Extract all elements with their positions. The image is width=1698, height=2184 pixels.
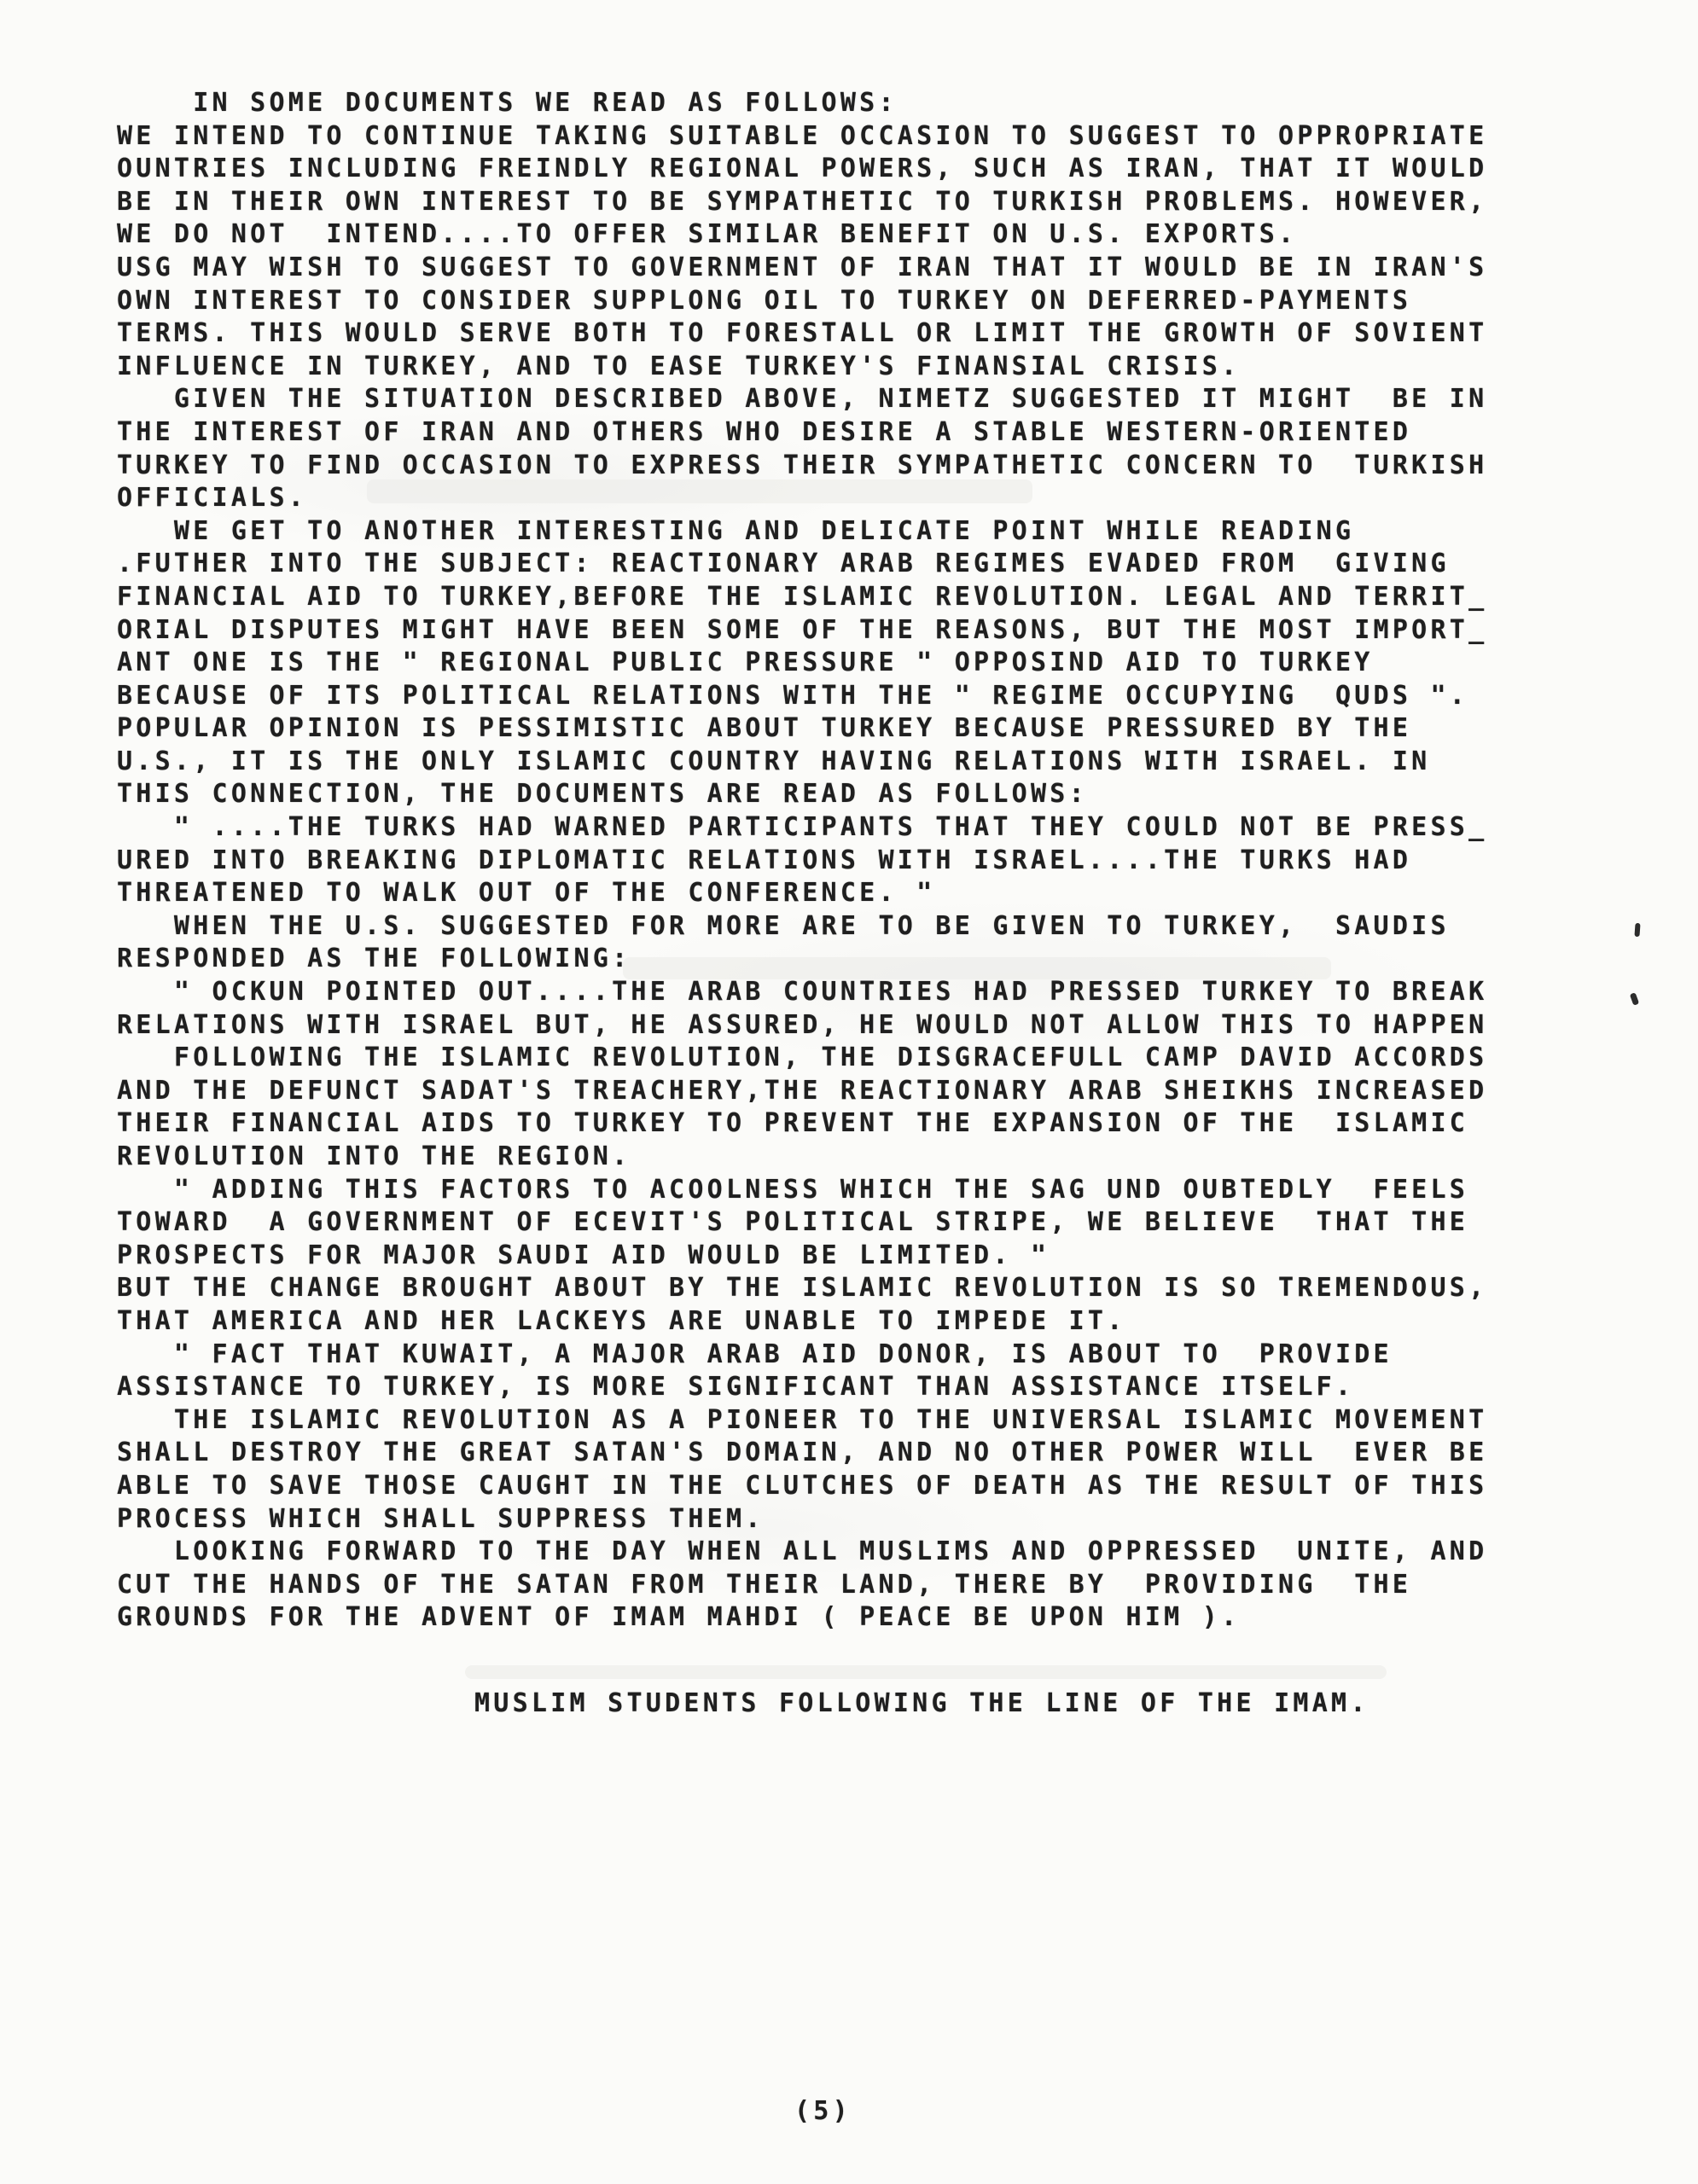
document-body-text: IN SOME DOCUMENTS WE READ AS FOLLOWS: WE… (117, 87, 1487, 1635)
scanned-document-page: IN SOME DOCUMENTS WE READ AS FOLLOWS: WE… (0, 0, 1698, 2184)
signature-line: MUSLIM STUDENTS FOLLOWING THE LINE OF TH… (474, 1687, 1369, 1721)
stray-ink-mark (1634, 923, 1640, 937)
stray-ink-mark (1630, 992, 1639, 1006)
page-number: (5) (794, 2095, 852, 2129)
scan-smudge (465, 1665, 1387, 1679)
